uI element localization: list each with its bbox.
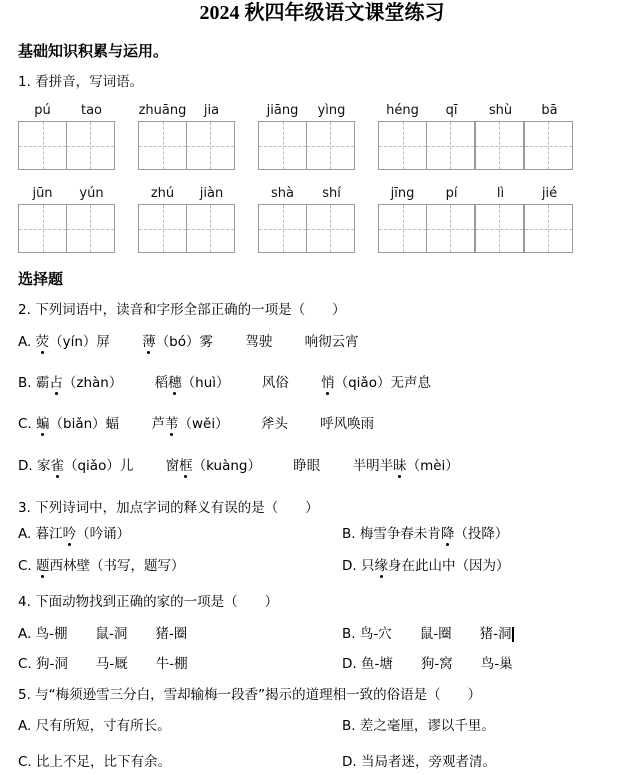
- pinyin-label: qī: [427, 101, 476, 121]
- q2-a-item-3: 驾驶: [245, 334, 272, 350]
- pinyin-label: jiàn: [187, 184, 236, 204]
- q2-d-item-1: 家雀（qiǎo）儿: [37, 458, 133, 474]
- pinyin-word-group: jiāngyìng: [258, 101, 356, 170]
- q4-option-a[interactable]: A. 鸟-棚鼠-洞猪-圈: [18, 622, 215, 642]
- tianzige-cell: tao: [67, 101, 116, 170]
- pinyin-label: lì: [476, 184, 525, 204]
- q4-b-item-3: 猪-洞: [480, 626, 512, 642]
- writing-box[interactable]: [475, 204, 524, 253]
- pinyin-word-group: pútao: [18, 101, 116, 170]
- dashed-guide-vertical: [330, 205, 331, 252]
- q3-option-a[interactable]: A. 暮江吟（吟诵）: [18, 522, 130, 542]
- writing-box[interactable]: [66, 204, 115, 253]
- dashed-guide-vertical: [403, 205, 404, 252]
- pinyin-label: jia: [187, 101, 236, 121]
- dashed-guide-vertical: [163, 205, 164, 252]
- pinyin-label: pú: [18, 101, 67, 121]
- writing-box[interactable]: [138, 121, 187, 170]
- pinyin-label: zhuāng: [138, 101, 187, 121]
- tianzige-cell: qī: [427, 101, 476, 170]
- q4-a-item-3: 猪-圈: [155, 626, 187, 642]
- tianzige-cell: jiàn: [187, 184, 236, 253]
- writing-box[interactable]: [138, 204, 187, 253]
- option-letter: D.: [342, 656, 357, 672]
- q5-option-b[interactable]: B. 差之毫厘，谬以千里。: [342, 714, 495, 734]
- dashed-guide-vertical: [403, 122, 404, 169]
- pinyin-label: shù: [476, 101, 525, 121]
- q5-option-d[interactable]: D. 当局者迷，旁观者清。: [342, 750, 496, 770]
- dashed-guide-vertical: [210, 122, 211, 169]
- tianzige-cell: bā: [525, 101, 574, 170]
- q3-option-c[interactable]: C. 题西林壁（书写，题写）: [18, 554, 185, 574]
- q2-option-a[interactable]: A. 荧（yín）屏 薄（bó）雾 驾驶 响彻云宵: [18, 330, 387, 350]
- q4-c-item-2: 马-厩: [96, 656, 128, 672]
- question-1-label: 1. 看拼音，写词语。: [18, 70, 143, 90]
- pinyin-word-group: zhuāngjia: [138, 101, 236, 170]
- writing-box[interactable]: [426, 121, 475, 170]
- q2-option-b[interactable]: B. 霸占（zhàn） 稻穗（huì） 风俗 悄（qiǎo）无声息: [18, 371, 459, 391]
- tianzige-cell: jūn: [18, 184, 67, 253]
- dashed-guide-vertical: [450, 122, 451, 169]
- q2-b-item-3: 风俗: [262, 375, 289, 391]
- q2-c-item-3: 斧头: [261, 416, 288, 432]
- dashed-guide-vertical: [90, 122, 91, 169]
- text-cursor: [512, 627, 514, 642]
- q2-a-item-2: 薄（bó）雾: [142, 334, 213, 350]
- dashed-guide-vertical: [43, 122, 44, 169]
- writing-box[interactable]: [186, 121, 235, 170]
- writing-box[interactable]: [66, 121, 115, 170]
- dashed-guide-vertical: [43, 205, 44, 252]
- dashed-guide-vertical: [283, 122, 284, 169]
- question-2-label: 2. 下列词语中，读音和字形全部正确的一项是（ ）: [18, 298, 346, 318]
- tianzige-cell: jiāng: [258, 101, 307, 170]
- dashed-guide-vertical: [330, 122, 331, 169]
- q2-d-item-4: 半明半昧（mèi）: [353, 458, 459, 474]
- option-letter: C.: [18, 656, 32, 672]
- writing-box[interactable]: [18, 121, 67, 170]
- pinyin-label: jié: [525, 184, 574, 204]
- q5-option-a[interactable]: A. 尺有所短，寸有所长。: [18, 714, 171, 734]
- pinyin-label: shà: [258, 184, 307, 204]
- pinyin-word-group: zhújiàn: [138, 184, 236, 253]
- q3-option-d[interactable]: D. 只缘身在此山中（因为）: [342, 554, 509, 574]
- option-letter: D.: [18, 458, 33, 474]
- tianzige-cell: jié: [525, 184, 574, 253]
- dashed-guide-vertical: [450, 205, 451, 252]
- writing-box[interactable]: [306, 204, 355, 253]
- q2-b-item-1: 霸占（zhàn）: [36, 375, 122, 391]
- writing-box[interactable]: [186, 204, 235, 253]
- q2-option-d[interactable]: D. 家雀（qiǎo）儿 窗框（kuàng） 睁眼 半明半昧（mèi）: [18, 454, 487, 474]
- tianzige-cell: jīng: [378, 184, 427, 253]
- section-heading-choice: 选择题: [18, 268, 63, 289]
- dashed-guide-vertical: [499, 205, 500, 252]
- q4-a-item-2: 鼠-洞: [95, 626, 127, 642]
- option-letter: C.: [18, 416, 32, 432]
- pinyin-label: bā: [525, 101, 574, 121]
- tianzige-cell: zhuāng: [138, 101, 187, 170]
- pinyin-word-group: shàshí: [258, 184, 356, 253]
- pinyin-label: yún: [67, 184, 116, 204]
- question-5-label: 5. 与“梅须逊雪三分白，雪却输梅一段香”揭示的道理相一致的俗语是（ ）: [18, 683, 481, 703]
- tianzige-cell: lì: [476, 184, 525, 253]
- q2-b-item-2: 稻穗（huì）: [155, 375, 230, 391]
- pinyin-label: pí: [427, 184, 476, 204]
- tianzige-cell: héng: [378, 101, 427, 170]
- q4-d-item-1: 鱼-塘: [361, 656, 393, 672]
- q4-c-item-3: 牛-棚: [156, 656, 188, 672]
- pinyin-label: héng: [378, 101, 427, 121]
- option-letter: A.: [18, 626, 31, 642]
- question-3-label: 3. 下列诗词中，加点字词的释义有误的是（ ）: [18, 496, 319, 516]
- writing-box[interactable]: [524, 204, 573, 253]
- pinyin-word-group: jūnyún: [18, 184, 116, 253]
- q4-option-d[interactable]: D. 鱼-塘狗-窝鸟-巢: [342, 652, 541, 672]
- dashed-guide-vertical: [548, 122, 549, 169]
- q2-c-item-1: 蝙（biǎn）蝠: [36, 416, 119, 432]
- dashed-guide-vertical: [163, 122, 164, 169]
- tianzige-cell: shù: [476, 101, 525, 170]
- q2-option-c[interactable]: C. 蝙（biǎn）蝠 芦苇（wěi） 斧头 呼风唤雨: [18, 412, 402, 432]
- pinyin-label: jīng: [378, 184, 427, 204]
- q2-a-item-4: 响彻云宵: [305, 334, 359, 350]
- tianzige-cell: zhú: [138, 184, 187, 253]
- dashed-guide-vertical: [548, 205, 549, 252]
- q4-b-item-1: 鸟-穴: [360, 626, 392, 642]
- writing-box[interactable]: [306, 121, 355, 170]
- q2-b-item-4: 悄（qiǎo）无声息: [321, 375, 431, 391]
- q2-d-item-3: 睁眼: [293, 458, 320, 474]
- q4-a-item-1: 鸟-棚: [36, 626, 68, 642]
- dashed-guide-vertical: [499, 122, 500, 169]
- dashed-guide-vertical: [210, 205, 211, 252]
- q4-c-item-1: 狗-洞: [36, 656, 68, 672]
- q4-option-c[interactable]: C. 狗-洞马-厩牛-棚: [18, 652, 216, 672]
- section-heading-basics: 基础知识积累与运用。: [18, 40, 168, 61]
- q2-d-item-2: 窗框（kuàng）: [166, 458, 261, 474]
- pinyin-label: jūn: [18, 184, 67, 204]
- dashed-guide-vertical: [90, 205, 91, 252]
- q3-option-b[interactable]: B. 梅雪争春未肯降（投降）: [342, 522, 508, 542]
- writing-box[interactable]: [18, 204, 67, 253]
- tianzige-cell: pú: [18, 101, 67, 170]
- tianzige-cell: shà: [258, 184, 307, 253]
- writing-box[interactable]: [524, 121, 573, 170]
- writing-box[interactable]: [378, 121, 427, 170]
- writing-box[interactable]: [475, 121, 524, 170]
- writing-box[interactable]: [258, 204, 307, 253]
- tianzige-cell: jia: [187, 101, 236, 170]
- writing-box[interactable]: [378, 204, 427, 253]
- tianzige-cell: yún: [67, 184, 116, 253]
- dashed-guide-vertical: [283, 205, 284, 252]
- writing-box[interactable]: [258, 121, 307, 170]
- pinyin-label: zhú: [138, 184, 187, 204]
- q4-option-b[interactable]: B. 鸟-穴鼠-圈猪-洞: [342, 622, 514, 642]
- pinyin-label: shí: [307, 184, 356, 204]
- q4-b-item-2: 鼠-圈: [420, 626, 452, 642]
- tianzige-cell: yìng: [307, 101, 356, 170]
- q2-c-item-4: 呼风唤雨: [320, 416, 374, 432]
- q4-d-item-2: 狗-窝: [421, 656, 453, 672]
- pinyin-label: tao: [67, 101, 116, 121]
- writing-box[interactable]: [426, 204, 475, 253]
- q2-a-item-1: 荧（yín）屏: [36, 334, 110, 350]
- pinyin-word-group: héngqīshùbā: [378, 101, 574, 170]
- pinyin-label: yìng: [307, 101, 356, 121]
- page-title: 2024 秋四年级语文课堂练习: [0, 0, 644, 26]
- q5-option-c[interactable]: C. 比上不足，比下有余。: [18, 750, 171, 770]
- question-4-label: 4. 下面动物找到正确的家的一项是（ ）: [18, 590, 278, 610]
- tianzige-cell: shí: [307, 184, 356, 253]
- pinyin-word-group: jīngpílìjié: [378, 184, 574, 253]
- option-letter: B.: [18, 375, 32, 391]
- tianzige-cell: pí: [427, 184, 476, 253]
- q4-d-item-3: 鸟-巢: [481, 656, 513, 672]
- q2-c-item-2: 芦苇（wěi）: [151, 416, 228, 432]
- pinyin-label: jiāng: [258, 101, 307, 121]
- option-letter: B.: [342, 626, 356, 642]
- option-letter: A.: [18, 334, 31, 350]
